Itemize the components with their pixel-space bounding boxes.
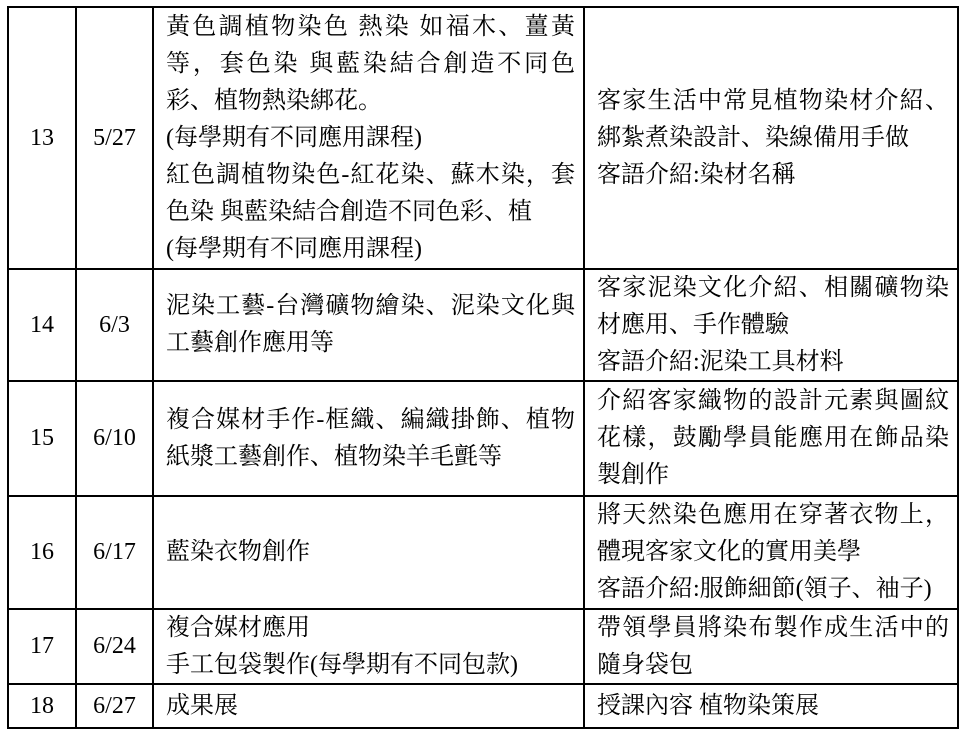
description-cell: 介紹客家織物的設計元素與圖紋花樣，鼓勵學員能應用在飾品染製創作 <box>585 382 957 495</box>
date-value: 6/10 <box>93 420 136 457</box>
content-paragraph: 藍染衣物創作 <box>166 534 575 571</box>
description-paragraph: 客語介紹:服飾細節(領子、袖子) <box>597 571 949 608</box>
description-paragraph: 帶領學員將染布製作成生活中的隨身袋包 <box>597 610 949 683</box>
content-paragraph: 成果展 <box>166 688 575 725</box>
content-paragraph: 紅色調植物染色-紅花染、蘇木染，套色染 與藍染結合創造不同色彩、植 <box>166 157 575 231</box>
week-cell: 15 <box>9 382 75 495</box>
date-cell: 6/24 <box>77 610 152 683</box>
date-cell: 6/10 <box>77 382 152 495</box>
description-paragraph: 介紹客家織物的設計元素與圖紋花樣，鼓勵學員能應用在飾品染製創作 <box>597 383 949 494</box>
content-cell: 成果展 <box>154 685 583 727</box>
date-cell: 6/3 <box>77 270 152 380</box>
date-value: 6/17 <box>93 534 136 571</box>
week-cell: 16 <box>9 497 75 608</box>
content-paragraph: 複合媒材應用 <box>166 610 575 647</box>
description-cell: 客家泥染文化介紹、相關礦物染材應用、手作體驗 客語介紹:泥染工具材料 <box>585 270 957 380</box>
description-paragraph: 客語介紹:染材名稱 <box>597 157 949 194</box>
week-number: 15 <box>30 420 54 457</box>
date-value: 6/24 <box>93 628 136 665</box>
date-value: 5/27 <box>93 120 136 157</box>
content-cell: 複合媒材手作-框織、編織掛飾、植物紙漿工藝創作、植物染羊毛氈等 <box>154 382 583 495</box>
date-cell: 6/27 <box>77 685 152 727</box>
week-cell: 17 <box>9 610 75 683</box>
content-cell: 複合媒材應用 手工包袋製作(每學期有不同包款) <box>154 610 583 683</box>
date-cell: 6/17 <box>77 497 152 608</box>
content-paragraph: 複合媒材手作-框織、編織掛飾、植物紙漿工藝創作、植物染羊毛氈等 <box>166 402 575 476</box>
description-cell: 客家生活中常見植物染材介紹、綁紮煮染設計、染線備用手做 客語介紹:染材名稱 <box>585 8 957 268</box>
week-number: 18 <box>30 688 54 725</box>
content-paragraph: 手工包袋製作(每學期有不同包款) <box>166 647 575 684</box>
date-value: 6/3 <box>99 307 130 344</box>
description-paragraph: 客語介紹:泥染工具材料 <box>597 344 949 381</box>
description-cell: 帶領學員將染布製作成生活中的隨身袋包 <box>585 610 957 683</box>
content-paragraph: 黃色調植物染色 熱染 如福木、薑黃等，套色染 與藍染結合創造不同色彩、植物熱染綁… <box>166 9 575 120</box>
description-cell: 授課內容 植物染策展 <box>585 685 957 727</box>
week-cell: 18 <box>9 685 75 727</box>
content-cell: 泥染工藝-台灣礦物繪染、泥染文化與工藝創作應用等 <box>154 270 583 380</box>
description-paragraph: 授課內容 植物染策展 <box>597 688 949 725</box>
date-value: 6/27 <box>93 688 136 725</box>
week-number: 13 <box>30 120 54 157</box>
date-cell: 5/27 <box>77 8 152 268</box>
week-cell: 13 <box>9 8 75 268</box>
week-cell: 14 <box>9 270 75 380</box>
content-cell: 藍染衣物創作 <box>154 497 583 608</box>
week-number: 14 <box>30 307 54 344</box>
course-schedule-table: 13 5/27 黃色調植物染色 熱染 如福木、薑黃等，套色染 與藍染結合創造不同… <box>7 6 959 729</box>
content-paragraph: 泥染工藝-台灣礦物繪染、泥染文化與工藝創作應用等 <box>166 288 575 362</box>
content-paragraph: (每學期有不同應用課程) <box>166 231 575 268</box>
description-cell: 將天然染色應用在穿著衣物上，體現客家文化的實用美學 客語介紹:服飾細節(領子、袖… <box>585 497 957 608</box>
content-cell: 黃色調植物染色 熱染 如福木、薑黃等，套色染 與藍染結合創造不同色彩、植物熱染綁… <box>154 8 583 268</box>
description-paragraph: 將天然染色應用在穿著衣物上，體現客家文化的實用美學 <box>597 497 949 571</box>
week-number: 17 <box>30 628 54 665</box>
description-paragraph: 客家泥染文化介紹、相關礦物染材應用、手作體驗 <box>597 270 949 344</box>
description-paragraph: 客家生活中常見植物染材介紹、綁紮煮染設計、染線備用手做 <box>597 83 949 157</box>
week-number: 16 <box>30 534 54 571</box>
content-paragraph: (每學期有不同應用課程) <box>166 120 575 157</box>
